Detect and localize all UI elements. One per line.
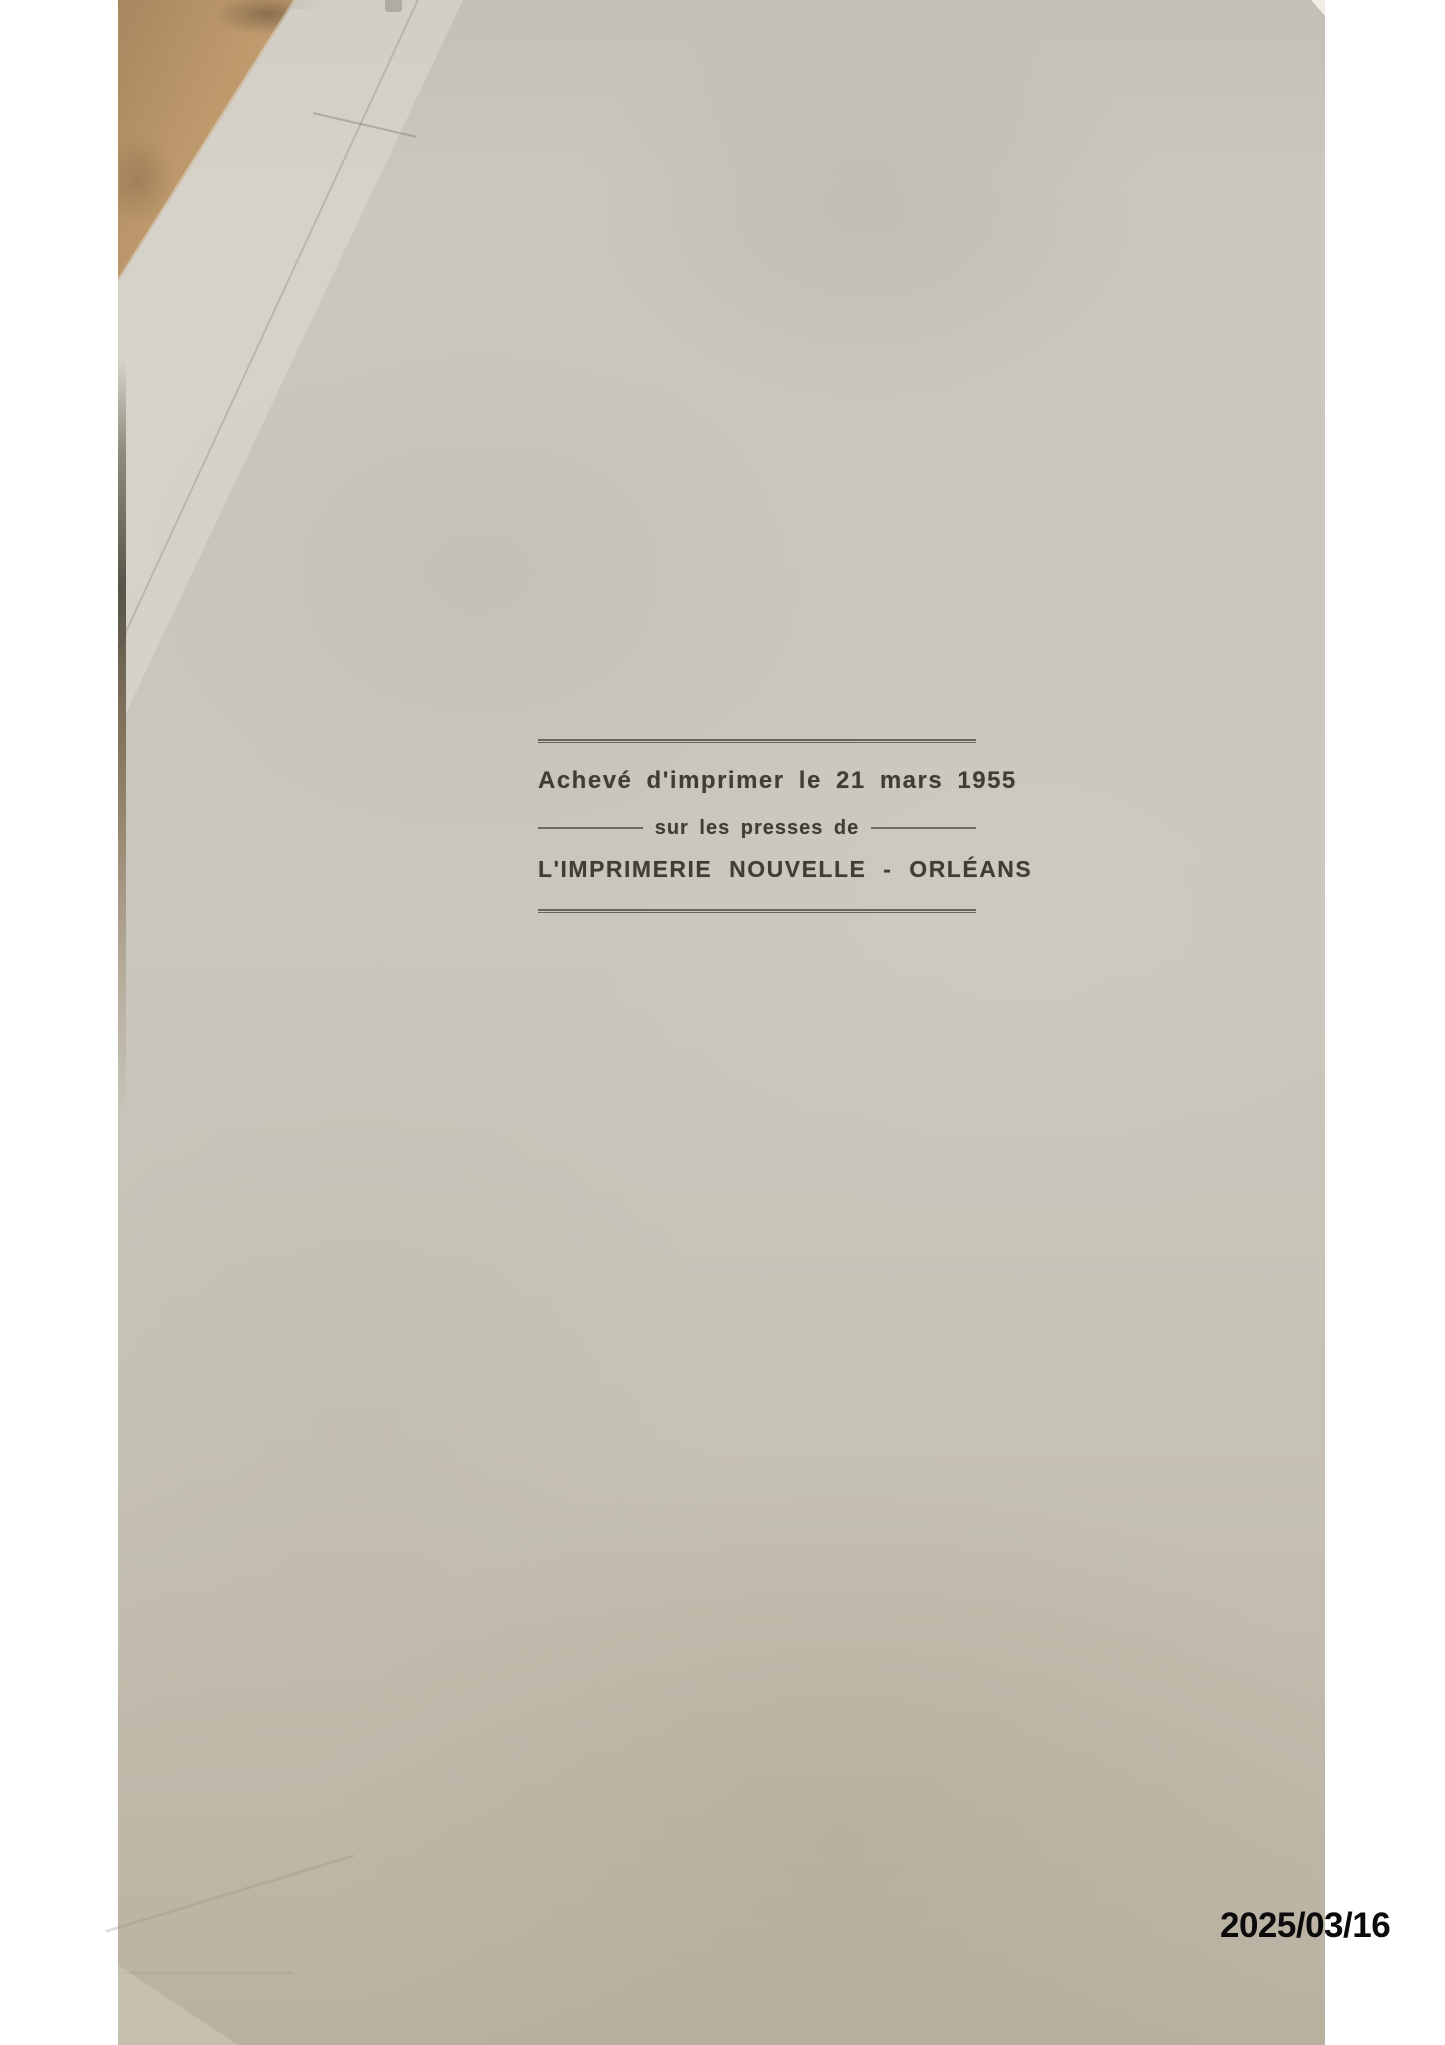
imprint-line-3: L'IMPRIMERIE NOUVELLE - ORLÉANS [538, 856, 976, 883]
imprint-block: Achevé d'imprimer le 21 mars 1955 sur le… [538, 739, 976, 919]
page-fold-highlight [118, 0, 1325, 2045]
right-rule [871, 827, 976, 829]
double-rule-top [538, 739, 976, 743]
left-rule [538, 827, 643, 829]
imprint-line-2-row: sur les presses de [538, 815, 976, 841]
page-edge-shadow [118, 360, 126, 1120]
crease-line [118, 1972, 293, 1974]
double-rule-bottom [538, 909, 976, 913]
crease-line [105, 1854, 355, 1933]
imprint-line-1: Achevé d'imprimer le 21 mars 1955 [538, 767, 976, 795]
book-back-page-photo: Achevé d'imprimer le 21 mars 1955 sur le… [118, 0, 1325, 2045]
imprint-line-2: sur les presses de [643, 817, 872, 840]
date-stamp: 2025/03/16 [1220, 1906, 1390, 1946]
page-corner-highlight [118, 1965, 238, 2045]
page-corner-notch [1311, 0, 1325, 16]
photo-background: Achevé d'imprimer le 21 mars 1955 sur le… [0, 0, 1445, 2045]
